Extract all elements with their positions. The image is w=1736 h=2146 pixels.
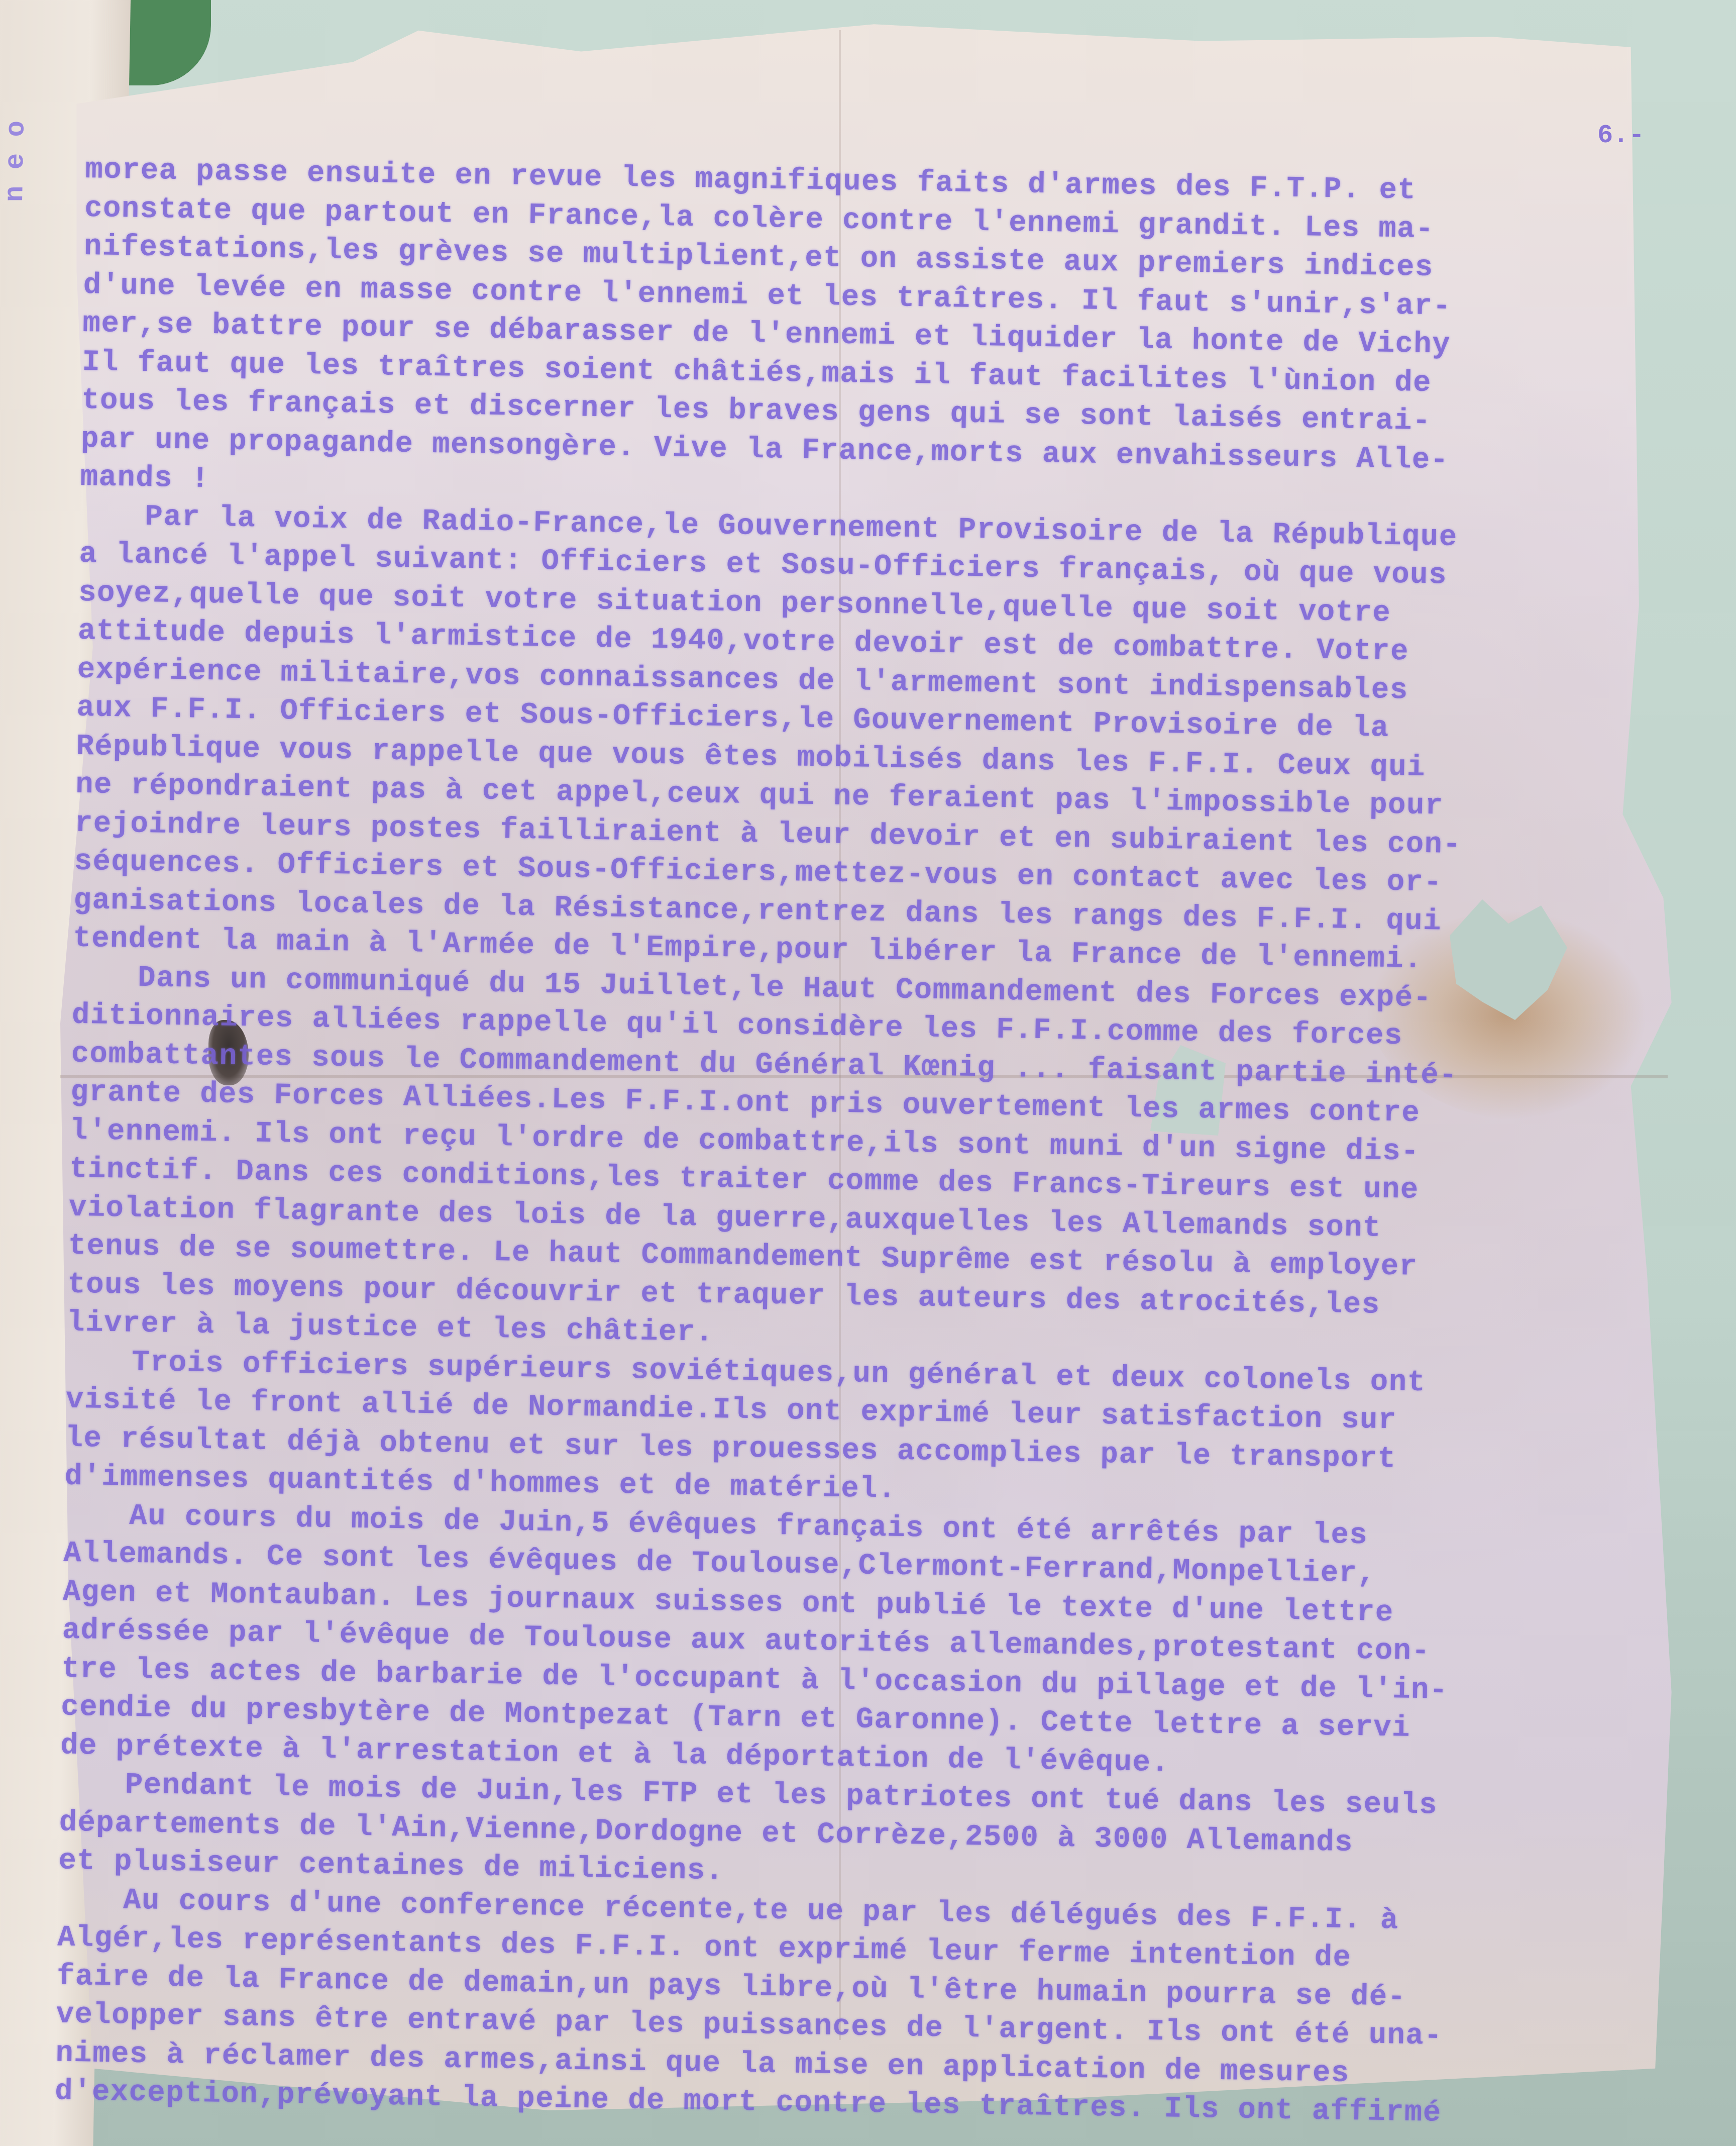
typewritten-body: morea passe ensuite en revue les magnifi…: [55, 151, 1658, 2135]
previous-page-text-fragment: n e o: [0, 121, 33, 202]
page-number: 6.-: [1597, 121, 1645, 150]
